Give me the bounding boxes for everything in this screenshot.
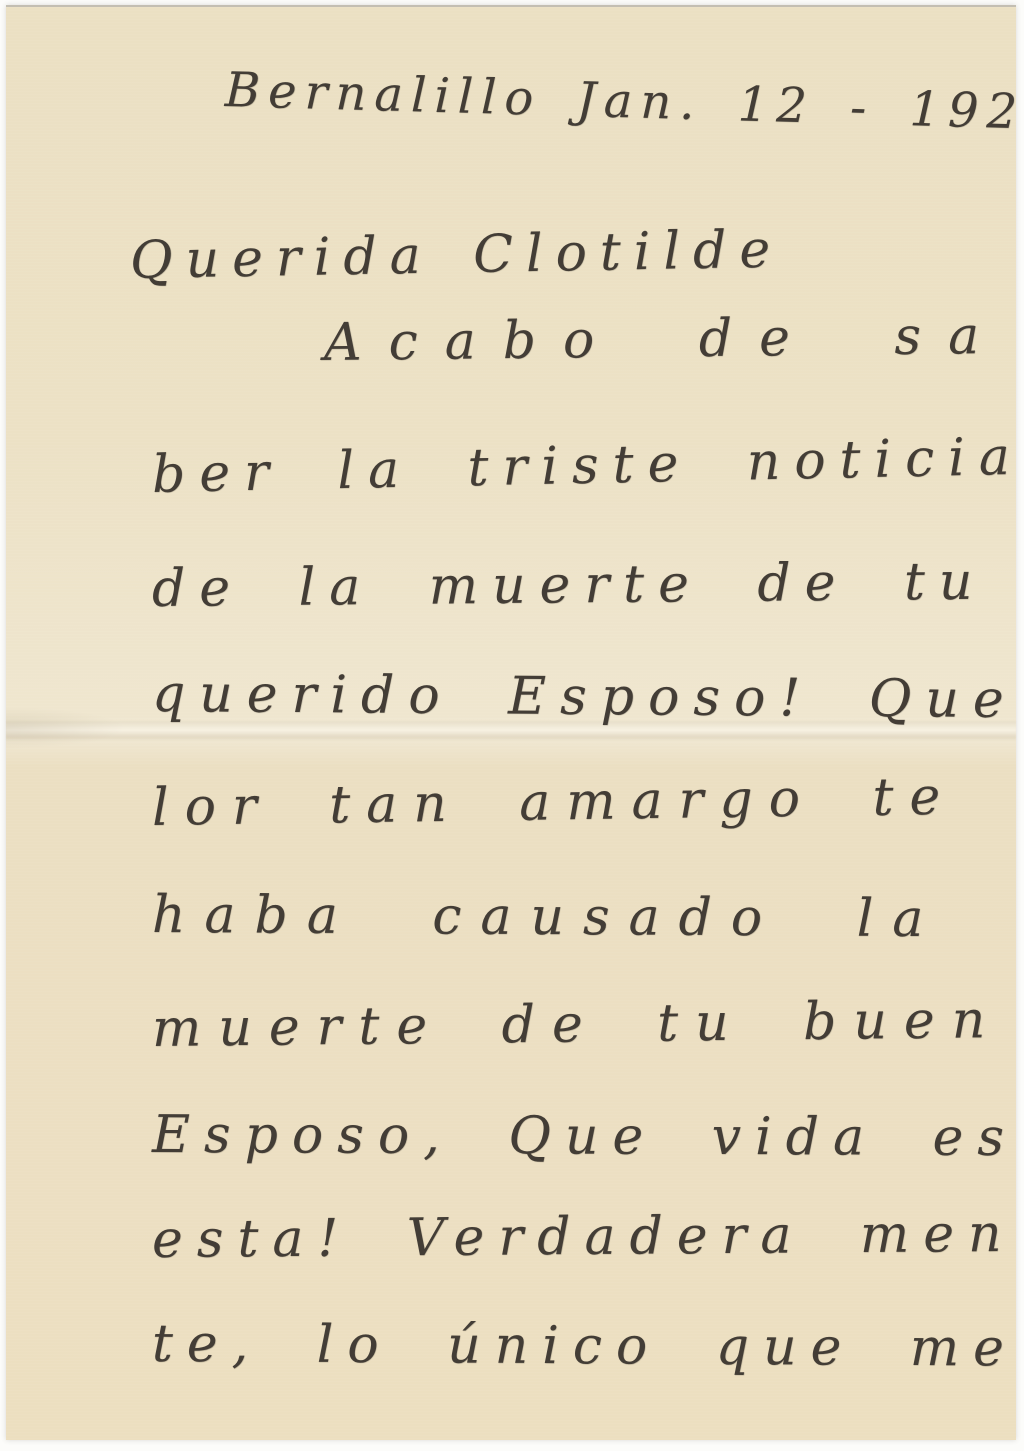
letter-body-line: Esposo, Que vida es <box>152 1105 1018 1168</box>
letter-opening-line: Acabo de sa <box>324 306 1007 373</box>
letter-body-line: querido Esposo! Que do <box>152 664 1024 731</box>
letter-body-line: de la muerte de tu <box>152 552 987 619</box>
fold-crease-shadow <box>6 707 126 749</box>
letter-paper: Bernalillo Jan. 12 - 1920 Querida Clotil… <box>6 5 1016 1440</box>
letter-body-line: ber la triste noticia <box>151 427 1024 505</box>
letter-body-line: muerte de tu buen <box>152 990 1003 1059</box>
letter-body-line: haba causado la <box>152 885 943 949</box>
letter-body-line: te, lo único que me <box>152 1314 1018 1379</box>
letter-dateline: Bernalillo Jan. 12 - 1920 <box>224 62 1024 141</box>
letter-body-line: esta! Verdadera men <box>152 1204 1016 1270</box>
scanned-letter-page: Bernalillo Jan. 12 - 1920 Querida Clotil… <box>0 0 1024 1451</box>
letter-body-line: lor tan amargo te <box>152 767 957 838</box>
letter-salutation: Querida Clotilde <box>129 220 783 291</box>
